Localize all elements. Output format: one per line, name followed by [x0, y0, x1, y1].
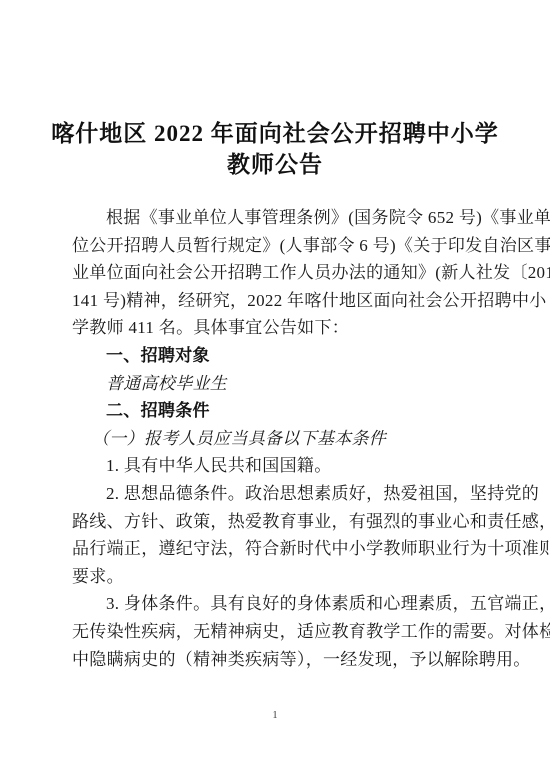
section1-heading: 一、招聘对象 [72, 342, 479, 370]
document-title-line-2: 教师公告 [0, 149, 550, 180]
condition-item2-line: 品行端正，遵纪守法，符合新时代中小学教师职业行为十项准则 [72, 535, 479, 563]
condition-item3-line: 3. 身体条件。具有良好的身体素质和心理素质，五官端正， [72, 590, 479, 618]
condition-item3-line: 无传染性疾病，无精神病史，适应教育教学工作的需要。对体检 [72, 618, 479, 646]
paragraph1-line: 根据《事业单位人事管理条例》(国务院令 652 号)《事业单 [72, 204, 479, 232]
document-title-line-1: 喀什地区 2022 年面向社会公开招聘中小学 [0, 118, 550, 149]
condition-item2-line: 要求。 [72, 563, 479, 591]
paragraph1-line: 业单位面向社会公开招聘工作人员办法的通知》(新人社发〔2013〕 [72, 259, 479, 287]
section2-subheading: （一）报考人员应当具备以下基本条件 [72, 425, 479, 453]
document-body: 根据《事业单位人事管理条例》(国务院令 652 号)《事业单 位公开招聘人员暂行… [72, 204, 479, 673]
paragraph1-line: 141 号)精神，经研究，2022 年喀什地区面向社会公开招聘中小 [72, 287, 479, 315]
condition-item2-line: 2. 思想品德条件。政治思想素质好，热爱祖国，坚持党的 [72, 480, 479, 508]
condition-item3-line: 中隐瞒病史的（精神类疾病等），一经发现，予以解除聘用。 [72, 646, 479, 674]
page-number: 1 [0, 710, 550, 721]
section2-heading: 二、招聘条件 [72, 397, 479, 425]
document-page: 喀什地区 2022 年面向社会公开招聘中小学 教师公告 根据《事业单位人事管理条… [0, 0, 550, 778]
section1-text: 普通高校毕业生 [72, 370, 479, 398]
condition-item1-line: 1. 具有中华人民共和国国籍。 [72, 452, 479, 480]
document-title: 喀什地区 2022 年面向社会公开招聘中小学 教师公告 [0, 118, 550, 180]
paragraph1-line: 学教师 411 名。具体事宜公告如下： [72, 314, 479, 342]
paragraph1-line: 位公开招聘人员暂行规定》(人事部令 6 号)《关于印发自治区事 [72, 232, 479, 260]
condition-item2-line: 路线、方针、政策，热爱教育事业，有强烈的事业心和责任感， [72, 508, 479, 536]
